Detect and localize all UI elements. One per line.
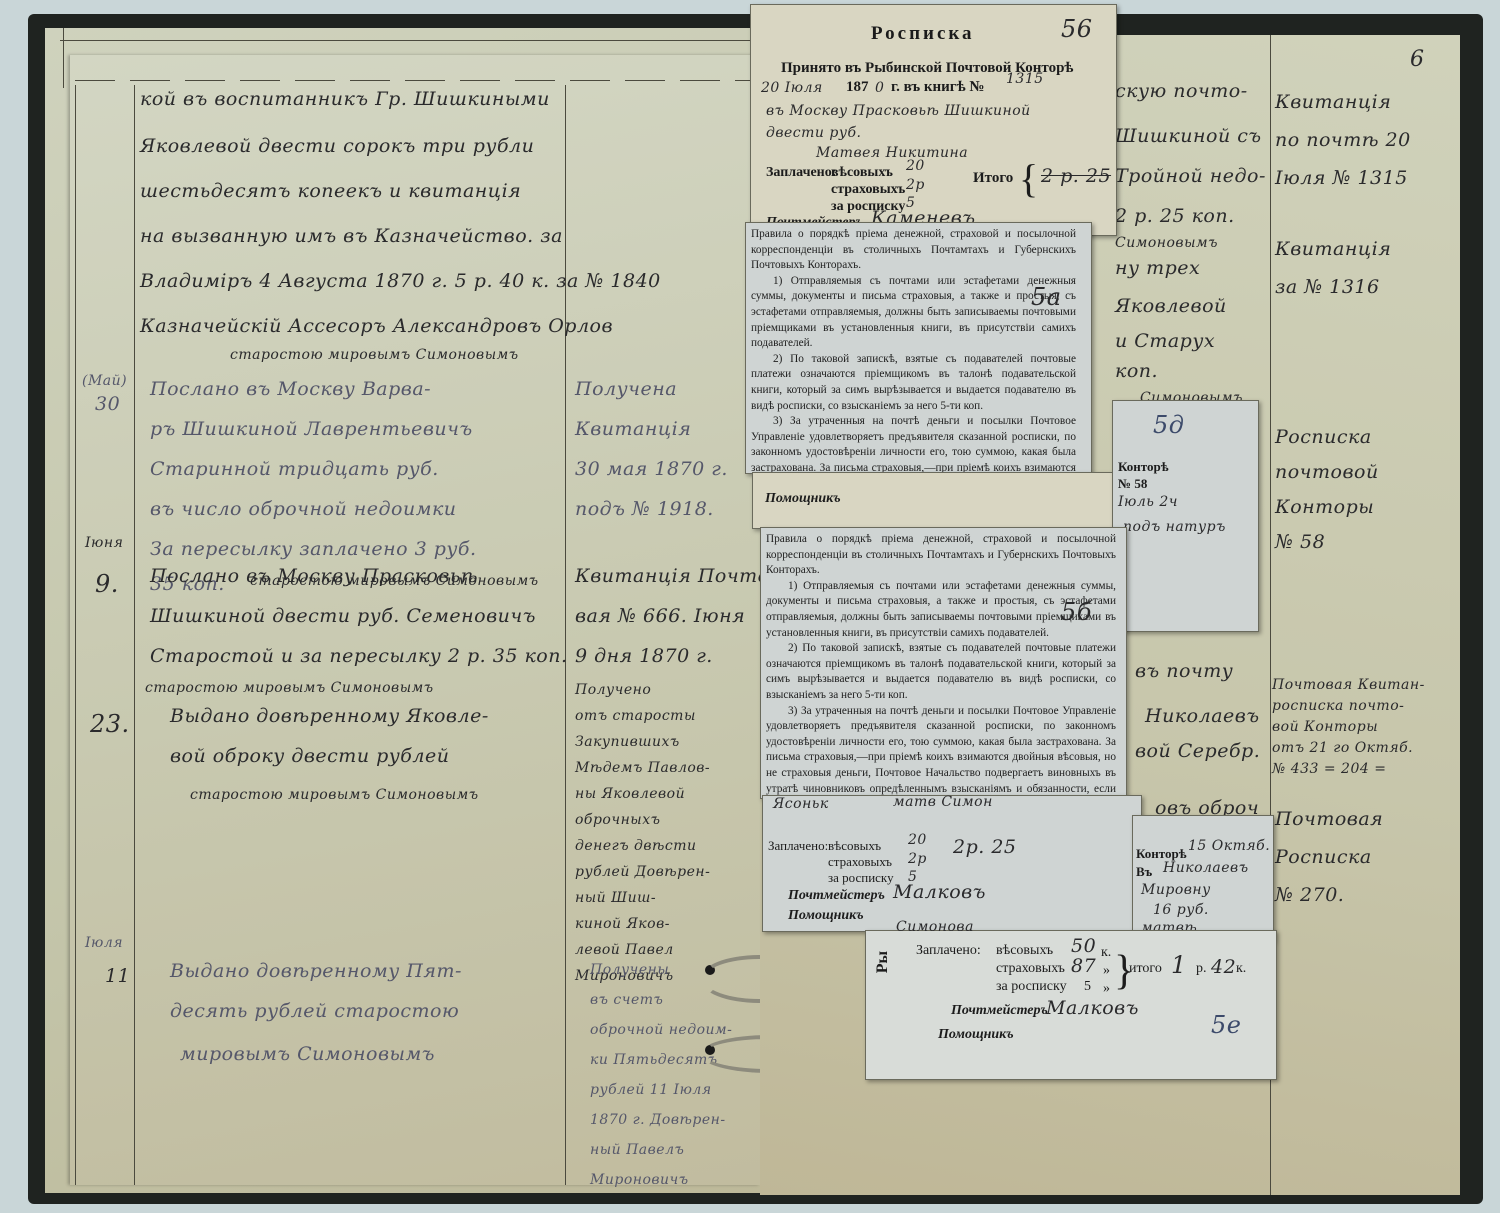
entry-note: старостою мировымъ Симоновымъ: [145, 680, 434, 696]
fee-label: страховыхъ: [831, 182, 905, 198]
entry-receipt: ный Шиш-: [575, 885, 755, 911]
kontor-label: Конторѣ: [1118, 459, 1169, 475]
assistant-label: Помощникъ: [765, 491, 841, 507]
total-label: итого: [1129, 961, 1162, 977]
entry-text: десять рублей старостою: [170, 1000, 459, 1022]
right-note-line: Почтовая Квитан-: [1272, 675, 1425, 696]
rule-2: 2) По таковой запискѣ, взятые съ подават…: [751, 352, 1076, 414]
receipt-book-number: 1315: [1006, 71, 1044, 87]
fee-value: 5: [1084, 979, 1091, 995]
receipt-handwriting: въ Москву Прасковьѣ Шишкиной: [766, 103, 1031, 119]
postmaster-label: Почтмейстеръ: [951, 1003, 1048, 1019]
fee-value: 20: [906, 158, 925, 174]
fee-label: страховыхъ: [828, 854, 892, 870]
assistant-label: Помощникъ: [788, 908, 864, 924]
entry-receipt: подъ № 1918.: [575, 498, 714, 520]
total-label: Итого: [973, 170, 1013, 187]
right-note-line: отъ 21 го Октяб.: [1272, 738, 1425, 759]
ruled-line: [60, 40, 760, 41]
kontor-number: № 58: [1118, 476, 1147, 492]
entry-receipt: Получена: [575, 378, 677, 400]
entry-receipt: отъ старосты: [575, 703, 755, 729]
entry-note: старостою мировымъ Симоновымъ: [190, 787, 479, 803]
column-rule: [565, 85, 566, 1185]
right-note: Почтовая Квитан- росписка почто- вой Кон…: [1272, 675, 1425, 780]
entry-text: За пересылку заплачено 3 руб.: [150, 538, 477, 560]
rules-slip-1: Правила о порядкѣ пріема денежной, страх…: [745, 222, 1092, 474]
entry-receipt: денегъ двѣсти: [575, 833, 755, 859]
entry-receipt: оброчныхъ: [575, 807, 755, 833]
total-kopecks: 42: [1211, 956, 1236, 978]
entry-month: Іюля: [85, 935, 123, 951]
entry-month: (Май): [82, 373, 127, 389]
entry-text: Выдано довѣренному Яковле-: [170, 705, 489, 727]
entry-text: Старинной тридцать руб.: [150, 458, 439, 480]
receipt-middle: Ясоньк матв Симон Заплачено: вѣсовыхъ ст…: [762, 795, 1142, 932]
assistant-label: Помощникъ: [938, 1027, 1014, 1043]
ledger-line: Яковлевой: [1115, 295, 1227, 317]
receipt-bottom: Симонова Ры Заплачено: вѣсовыхъ страховы…: [865, 930, 1277, 1080]
ledger-line: Николаевъ: [1145, 705, 1259, 727]
entry-receipt: Мѣдемъ Павлов-: [575, 755, 755, 781]
ledger-line: и Старух: [1115, 330, 1215, 352]
entry-receipt: 1870 г. Довѣрен-: [590, 1105, 760, 1135]
entry-receipt: Получено: [575, 677, 755, 703]
entry-text: Выдано довѣренному Пят-: [170, 960, 462, 982]
rules-header: Правила о порядкѣ пріема денежной, страх…: [751, 227, 1076, 274]
ruled-dashed-line: [75, 80, 755, 81]
slip-number: 5д: [1153, 411, 1184, 439]
margin-rule-outer: [75, 85, 76, 1185]
entry-receipt: вая № 666. Іюня: [575, 605, 745, 627]
entry-day: 30: [95, 393, 120, 415]
receipt-side-letters: Ры: [874, 951, 892, 973]
right-note-line: Квитанція: [1275, 83, 1411, 121]
receipt-handwriting: матв Симон: [893, 794, 993, 810]
total-value: 2р. 25: [953, 836, 1017, 858]
entry-text: Старостой и за пересылку 2 р. 35 коп.: [150, 645, 568, 667]
right-note: Почтовая Росписка № 270.: [1275, 800, 1383, 914]
ledger-line: скую почто-: [1115, 80, 1248, 102]
ledger-line: въ почту: [1135, 660, 1233, 682]
total-brace: {: [1019, 155, 1038, 202]
entry-text: Послано въ Москву Варва-: [150, 378, 431, 400]
slip-kontor-58: 5д Конторѣ № 58 Іюль 2ч подъ натуръ: [1112, 400, 1259, 632]
entry-receipt: рублей 11 Іюля: [590, 1075, 760, 1105]
entry-text: вой оброку двести рублей: [170, 745, 449, 767]
fee-label: вѣсовыхъ: [828, 838, 881, 854]
postmaster-signature: Малковъ: [893, 881, 986, 903]
fee-label: за росписку: [828, 870, 894, 886]
entry-text: мировымъ Симоновымъ: [180, 1043, 435, 1065]
fee-label: за росписку: [996, 979, 1067, 995]
receipt-year-prefix: 187: [846, 79, 869, 96]
paid-label: Заплачено:: [768, 838, 828, 854]
receipt-date: 20 Іюля: [761, 80, 823, 96]
right-note: Росписка почтовой Конторы № 58: [1275, 420, 1379, 560]
slip-handwriting: Іюль 2ч: [1118, 494, 1178, 510]
slip-handwriting: Мировну: [1141, 882, 1211, 898]
entry-receipt: ный Павелъ: [590, 1135, 760, 1165]
right-note-line: росписка почто-: [1272, 696, 1425, 717]
receipt-top: Росписка 56 Принято въ Рыбинской Почтово…: [750, 4, 1117, 236]
rules-slip-2: Правила о порядкѣ пріема денежной, страх…: [760, 527, 1127, 799]
rules-header: Правила о порядкѣ пріема денежной, страх…: [766, 532, 1116, 579]
ledger-line: 2 р. 25 коп.: [1115, 205, 1235, 227]
fee-value: 2р: [908, 851, 927, 867]
ledger-line: на вызванную имъ въ Казначейство. за: [140, 225, 563, 247]
rules-text: Правила о порядкѣ пріема денежной, страх…: [751, 227, 1076, 474]
entry-receipt: Мироновичъ: [590, 1165, 760, 1195]
kop-label: к.: [1236, 961, 1246, 977]
fee-value: 2р: [906, 177, 925, 193]
fee-label: вѣсовыхъ: [831, 165, 893, 181]
entry-month: Іюня: [85, 535, 123, 551]
right-note-line: Росписка: [1275, 838, 1383, 876]
receipt-book-label: г. въ книгѣ №: [891, 79, 984, 96]
slip-handwriting: подъ натуръ: [1123, 519, 1226, 535]
right-note-line: за № 1316: [1275, 268, 1391, 306]
receipt-title: Росписка: [871, 23, 975, 45]
slip-number: 5а: [1031, 283, 1062, 311]
entry-receipt: 30 мая 1870 г.: [575, 458, 728, 480]
slip-handwriting: 16 руб.: [1153, 902, 1209, 918]
entry-day: 11: [105, 965, 130, 987]
ledger-line: вой Серебр.: [1135, 740, 1260, 762]
receipt-assistant-strip: Помощникъ: [752, 472, 1114, 529]
receipt-year-suffix: 0: [875, 80, 884, 96]
right-note-line: Росписка: [1275, 420, 1379, 455]
entry-receipt: Закупившихъ: [575, 729, 755, 755]
entry-receipt: киной Яков-: [575, 911, 755, 937]
rule-2: 2) По таковой запискѣ, взятые съ подават…: [766, 641, 1116, 703]
kontor-v-label: Въ: [1136, 864, 1152, 880]
entry-receipt: Квитанція Почто-: [575, 565, 777, 587]
ledger-line: Шишкиной съ: [1115, 125, 1262, 147]
right-note-line: вой Конторы: [1272, 717, 1425, 738]
entry-receipt-block: Получено отъ старосты Закупившихъ Мѣдемъ…: [575, 677, 755, 989]
ledger-line: шестьдесятъ копеекъ и квитанція: [140, 180, 521, 202]
ledger-line: Казначейскій Ассесоръ Александровъ Орлов: [140, 315, 613, 337]
receipt-handwriting: Симонова: [896, 919, 974, 935]
right-note-line: почтовой: [1275, 455, 1379, 490]
entry-text: въ число оброчной недоимки: [150, 498, 457, 520]
entry-text: Шишкиной двести руб. Семеновичъ: [150, 605, 536, 627]
fee-unit: »: [1103, 981, 1110, 997]
ledger-annotation: старостою мировымъ Симоновымъ: [230, 347, 519, 363]
paid-label: Заплачено:: [916, 943, 981, 959]
ruled-line: [63, 28, 64, 88]
right-note-line: Квитанція: [1275, 230, 1391, 268]
slip-number: 5б: [1061, 598, 1092, 626]
entry-receipt: ны Яковлевой: [575, 781, 755, 807]
rules-text: Правила о порядкѣ пріема денежной, страх…: [766, 532, 1116, 799]
right-note-line: Конторы: [1275, 490, 1379, 525]
ledger-line: Яковлевой двести сорокъ три рубли: [140, 135, 534, 157]
right-note-line: Почтовая: [1275, 800, 1383, 838]
rule-3: 3) За утраченныя на почтѣ деньги и посыл…: [751, 414, 1076, 474]
ledger-line: кой въ воспитанникъ Гр. Шишкиными: [140, 88, 550, 110]
right-note-line: № 433 = 204 =: [1272, 759, 1425, 780]
ledger-line: Симоновымъ: [1115, 235, 1218, 251]
entry-receipt: 9 дня 1870 г.: [575, 645, 713, 667]
ledger-line: Владиміръ 4 Августа 1870 г. 5 р. 40 к. з…: [140, 270, 661, 292]
entry-day: 9.: [95, 570, 119, 598]
right-note-line: № 58: [1275, 525, 1379, 560]
slip-handwriting: Николаевъ: [1163, 860, 1249, 876]
margin-rule-date: [134, 85, 135, 1185]
total-value: 2 р. 25: [1041, 165, 1111, 187]
rub-label: р.: [1196, 961, 1207, 977]
rule-3: 3) За утраченныя на почтѣ деньги и посыл…: [766, 704, 1116, 799]
receipt-number: 56: [1061, 15, 1093, 43]
rule-1: 1) Отправляемыя съ почтами или эстафетам…: [751, 274, 1076, 352]
left-page: кой въ воспитанникъ Гр. Шишкиными Яковле…: [70, 55, 760, 1185]
ledger-line: ну трех: [1115, 257, 1200, 279]
ledger-line: коп.: [1115, 360, 1158, 382]
slip-kontor-lower: Конторѣ 15 Октяб. Въ Николаевъ Мировну 1…: [1132, 815, 1274, 942]
fee-unit: »: [1103, 963, 1110, 979]
fee-label: страховыхъ: [996, 961, 1065, 977]
total-rubles: 1: [1171, 951, 1187, 979]
entry-day: 23.: [90, 710, 130, 738]
ledger-line: Тройной недо-: [1115, 165, 1266, 187]
fee-value: 50: [1071, 935, 1096, 957]
receipt-handwriting: Матвея Никитина: [816, 145, 968, 161]
right-note-line: № 270.: [1275, 876, 1383, 914]
page-number: 6: [1410, 47, 1425, 72]
postmaster-signature: Малковъ: [1046, 997, 1139, 1019]
entry-text: Послано въ Москву Прасковьѣ: [150, 565, 478, 587]
right-note: Квитанція по почтѣ 20 Іюля № 1315: [1275, 83, 1411, 197]
entry-receipt: рублей Довѣрен-: [575, 859, 755, 885]
slip-handwriting: 15 Октяб.: [1188, 838, 1270, 854]
fee-value: 87: [1071, 955, 1096, 977]
postmaster-label: Почтмейстеръ: [788, 888, 885, 904]
right-note-line: по почтѣ 20: [1275, 121, 1411, 159]
fee-label: вѣсовыхъ: [996, 943, 1053, 959]
fee-value: 20: [908, 832, 927, 848]
right-note: Квитанція за № 1316: [1275, 230, 1391, 306]
fee-unit: к.: [1101, 945, 1111, 961]
receipt-handwriting: двести руб.: [766, 125, 861, 141]
slip-number: 5е: [1211, 1011, 1241, 1039]
entry-receipt: Квитанція: [575, 418, 691, 440]
entry-text: ръ Шишкиной Лаврентьевичъ: [150, 418, 473, 440]
receipt-handwriting: Ясоньк: [773, 796, 829, 812]
paid-label: Заплачено:: [766, 165, 836, 181]
right-note-line: Іюля № 1315: [1275, 159, 1411, 197]
